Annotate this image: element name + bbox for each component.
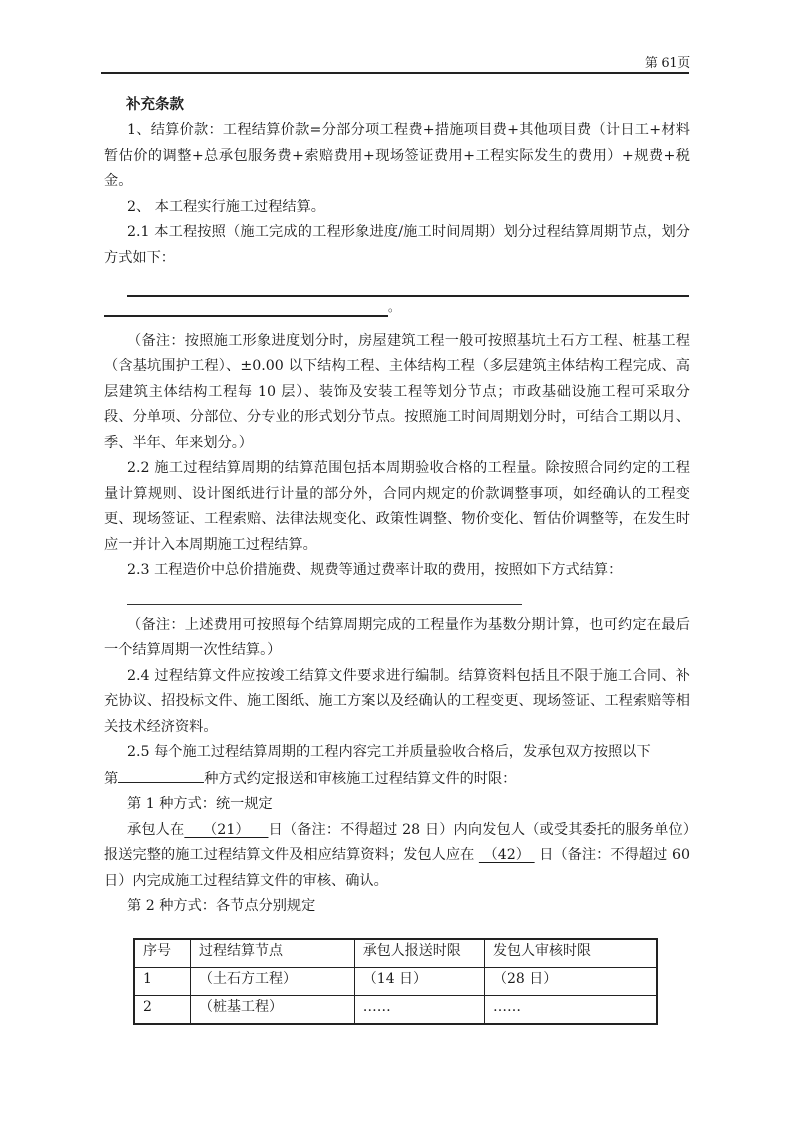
- clause-2: 2、 本工程实行施工过程结算。: [104, 195, 690, 221]
- method-number-blank[interactable]: [118, 766, 204, 783]
- cell-contractor-deadline: ……: [354, 996, 484, 1025]
- page-number: 第 61页: [640, 52, 690, 71]
- header-cell-contractor-deadline: 承包人报送时限: [354, 939, 484, 968]
- clause-2-5-method-choice: 第种方式约定报送和审核施工过程结算文件的时限：: [104, 766, 690, 793]
- settlement-nodes-table: 序号 过程结算节点 承包人报送时限 发包人审核时限 1 （土石方工程） （14 …: [133, 938, 658, 1025]
- clause-2-5: 2.5 每个施工过程结算周期的工程内容完工并质量验收合格后，发承包双方按照以下: [104, 740, 690, 766]
- note-2-3: （备注：上述费用可按照每个结算周期完成的工程量作为基数分期计算，也可约定在最后一…: [104, 613, 690, 664]
- clause-2-2: 2.2 施工过程结算周期的结算范围包括本周期验收合格的工程量。除按照合同约定的工…: [104, 456, 690, 558]
- contractor-days-value[interactable]: （21）: [184, 822, 268, 838]
- blank-end-period: 。: [388, 295, 400, 321]
- fill-in-blank-line-continued[interactable]: [104, 315, 388, 317]
- header-cell-employer-deadline: 发包人审核时限: [485, 939, 657, 968]
- method-1-text: 承包人在 （21） 日（备注：不得超过 28 日）内向发包人（或受其委托的服务单…: [104, 818, 690, 895]
- table-row: 1 （土石方工程） （14 日） （28 日）: [134, 968, 657, 996]
- clause-2-1: 2.1 本工程按照（施工完成的工程形象进度/施工时间周期）划分过程结算周期节点，…: [104, 220, 690, 271]
- clause-1: 1、结算价款：工程结算价款=分部分项工程费+措施项目费+其他项目费（计日工+材料…: [104, 118, 690, 195]
- table-header-row: 序号 过程结算节点 承包人报送时限 发包人审核时限: [134, 939, 657, 968]
- header-cell-index: 序号: [134, 939, 190, 968]
- employer-days-value[interactable]: （42）: [479, 847, 535, 863]
- method-suffix: 种方式约定报送和审核施工过程结算文件的时限：: [204, 771, 516, 787]
- method-prefix: 第: [104, 771, 118, 787]
- cell-index: 1: [134, 968, 190, 996]
- cell-contractor-deadline: （14 日）: [354, 968, 484, 996]
- note-2-1: （备注：按照施工形象进度划分时，房屋建筑工程一般可按照基坑土石方工程、桩基工程（…: [104, 329, 690, 457]
- clause-2-4: 2.4 过程结算文件应按竣工结算文件要求进行编制。结算资料包括且不限于施工合同、…: [104, 664, 690, 741]
- cell-employer-deadline: ……: [485, 996, 657, 1025]
- cell-node: （桩基工程）: [190, 996, 354, 1025]
- header-cell-node: 过程结算节点: [190, 939, 354, 968]
- cell-index: 2: [134, 996, 190, 1025]
- method-1-text-a: 承包人在: [127, 822, 184, 838]
- method-2-title: 第 2 种方式：各节点分别规定: [104, 894, 690, 920]
- header-rule: [101, 72, 689, 74]
- cell-employer-deadline: （28 日）: [485, 968, 657, 996]
- table-row: 2 （桩基工程） …… ……: [134, 996, 657, 1025]
- clause-2-3: 2.3 工程造价中总价措施费、规费等通过费率计取的费用，按照如下方式结算：: [104, 558, 690, 584]
- section-title: 补充条款: [104, 92, 690, 118]
- document-body: 补充条款 1、结算价款：工程结算价款=分部分项工程费+措施项目费+其他项目费（计…: [104, 92, 690, 920]
- method-1-title: 第 1 种方式：统一规定: [104, 792, 690, 818]
- fill-in-blank-line-2-3[interactable]: [127, 604, 522, 605]
- cell-node: （土石方工程）: [190, 968, 354, 996]
